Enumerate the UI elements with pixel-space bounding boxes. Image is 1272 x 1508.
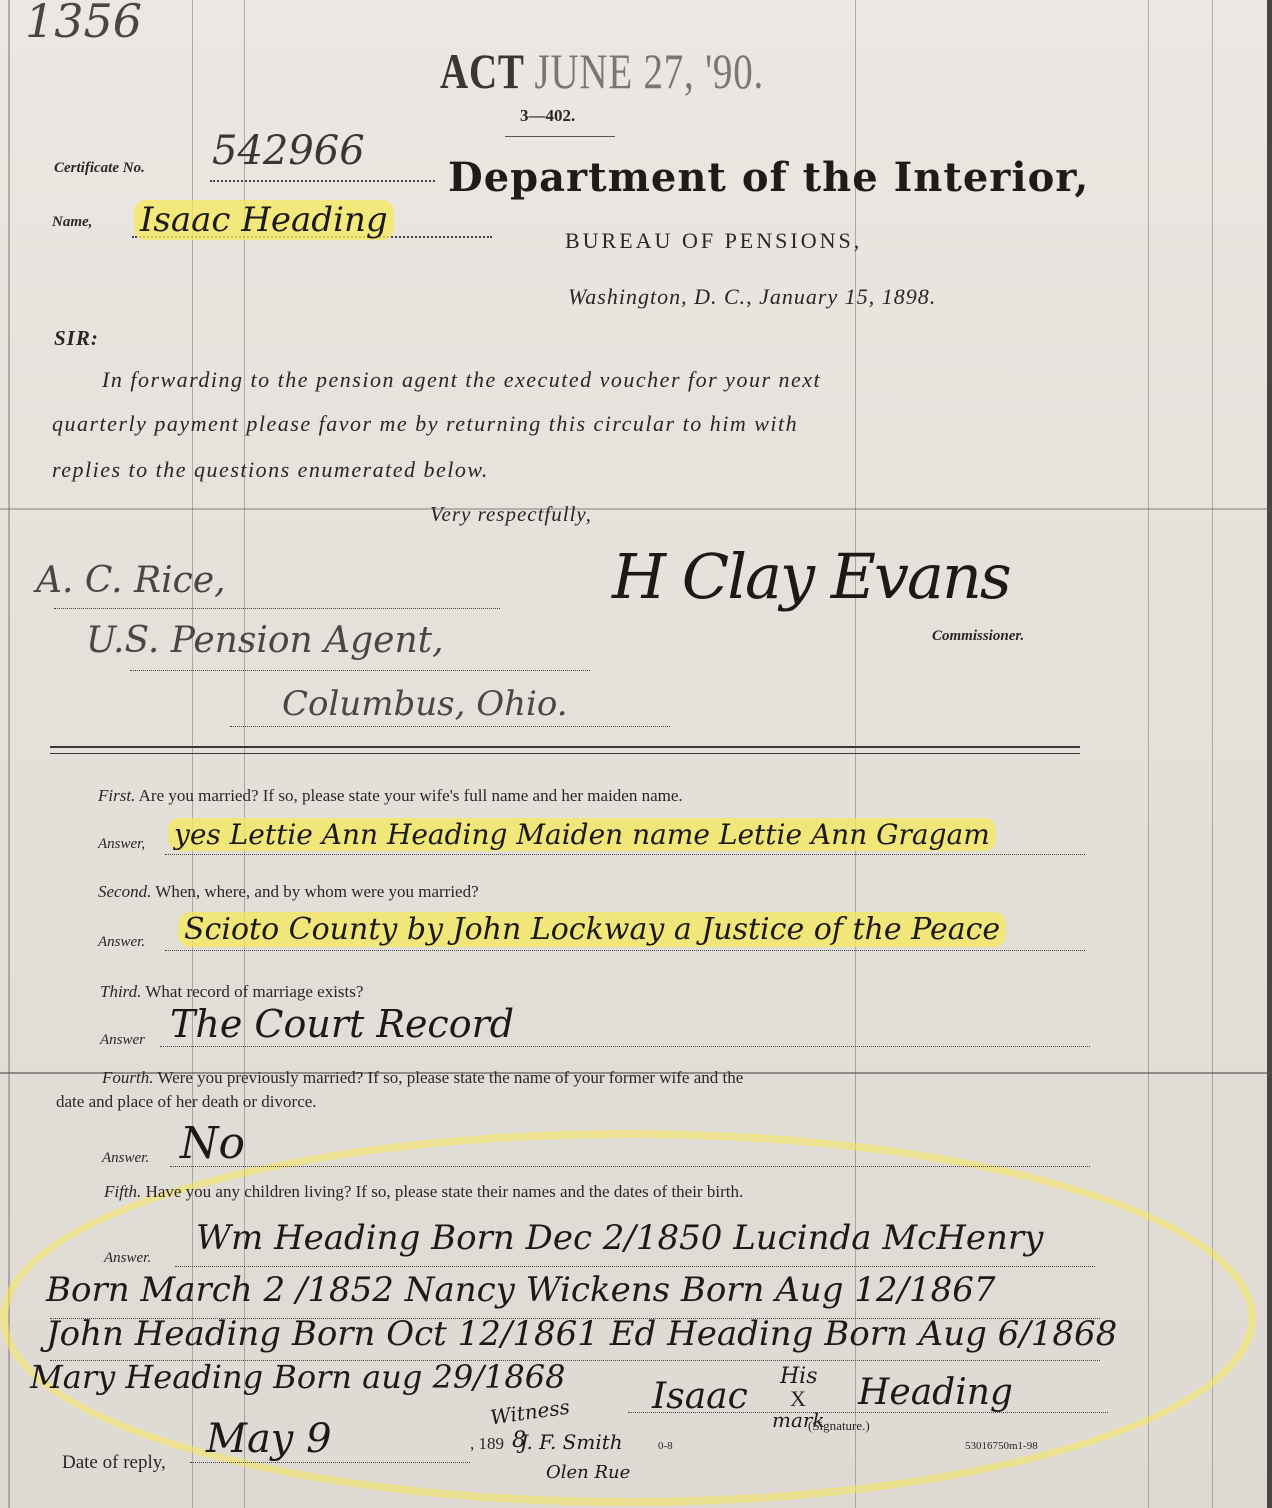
answer-3-value: The Court Record <box>170 1002 514 1046</box>
reply-date-line <box>190 1462 470 1463</box>
agent-title-line <box>130 670 590 671</box>
agent-title: U.S. Pension Agent, <box>86 620 444 661</box>
answer-3-line <box>160 1046 1090 1047</box>
agent-location: Columbus, Ohio. <box>282 684 568 724</box>
question-1-ordinal: First. <box>98 786 135 805</box>
question-2-ordinal: Second. <box>98 882 151 901</box>
certificate-label: Certificate No. <box>54 160 145 177</box>
footer-code-right: 53016750m1-98 <box>965 1440 1038 1452</box>
reply-date-label: Date of reply, <box>62 1452 166 1474</box>
bureau-title: BUREAU OF PENSIONS, <box>565 228 862 254</box>
dateline: Washington, D. C., January 15, 1898. <box>568 284 936 310</box>
question-1: First. Are you married? If so, please st… <box>98 786 683 806</box>
answer-5-line-1: Wm Heading Born Dec 2/1850 Lucinda McHen… <box>196 1218 1043 1258</box>
act-stamp: ACT JUNE 27, '90. <box>440 42 764 100</box>
answer-5-line-4: Mary Heading Born aug 29/1868 <box>30 1358 565 1396</box>
closing: Very respectfully, <box>430 502 592 527</box>
witness-name-2: Olen Rue <box>546 1462 630 1483</box>
question-5-ordinal: Fifth. <box>104 1182 141 1201</box>
salutation: SIR: <box>54 326 99 351</box>
signature-label: (Signature.) <box>808 1418 870 1434</box>
pension-circular-paper: 1356 ACT JUNE 27, '90. 3—402. Certificat… <box>0 0 1272 1508</box>
agent-name: A. C. Rice, <box>36 560 226 601</box>
question-3: Third. What record of marriage exists? <box>100 982 363 1002</box>
agent-name-line <box>54 608 500 609</box>
reply-year-suffix: 8 <box>512 1428 526 1453</box>
commissioner-title: Commissioner. <box>932 628 1024 645</box>
answer-5-label: Answer. <box>104 1250 151 1267</box>
answer-1-label: Answer, <box>98 836 145 853</box>
act-stamp-act: ACT <box>440 43 524 99</box>
answer-4-line <box>170 1166 1090 1167</box>
question-5-text: Have you any children living? If so, ple… <box>146 1182 744 1201</box>
form-number: 3—402. <box>520 106 575 126</box>
signature-first-name: Isaac <box>652 1376 748 1417</box>
answer-2-line <box>165 950 1085 951</box>
paper-right-edge <box>1267 0 1272 1508</box>
witness-name-1: J. F. Smith <box>520 1430 623 1454</box>
answer-4-value: No <box>180 1118 245 1169</box>
answer-4-label: Answer. <box>102 1150 149 1167</box>
answer-3-label: Answer <box>100 1032 145 1049</box>
question-2-text: When, where, and by whom were you marrie… <box>155 882 478 901</box>
department-title: Department of the Interior, <box>448 154 1089 201</box>
question-4-ordinal: Fourth. <box>102 1068 153 1087</box>
body-line-3: replies to the questions enumerated belo… <box>52 448 489 492</box>
commissioner-signature: H Clay Evans <box>612 540 1010 613</box>
answer-5-line <box>175 1266 1095 1267</box>
body-line-2: quarterly payment please favor me by ret… <box>52 402 798 446</box>
question-1-text: Are you married? If so, please state you… <box>139 786 683 805</box>
question-4-continued: date and place of her death or divorce. <box>56 1092 317 1112</box>
footer-code-left: 0-8 <box>658 1440 673 1452</box>
question-4: Fourth. Were you previously married? If … <box>102 1068 743 1088</box>
answer-2-value: Scioto County by John Lockway a Justice … <box>178 912 1006 947</box>
question-4-text: Were you previously married? If so, plea… <box>157 1068 743 1087</box>
certificate-line <box>210 180 435 182</box>
answer-1-value: yes Lettie Ann Heading Maiden name Letti… <box>168 818 996 851</box>
question-3-text: What record of marriage exists? <box>145 982 363 1001</box>
answer-1-line <box>165 854 1085 855</box>
question-2: Second. When, where, and by whom were yo… <box>98 882 479 902</box>
signature-last-name: Heading <box>858 1372 1013 1413</box>
question-5: Fifth. Have you any children living? If … <box>104 1182 743 1202</box>
certificate-number: 542966 <box>212 128 365 174</box>
question-3-ordinal: Third. <box>100 982 141 1001</box>
section-divider <box>50 746 1080 754</box>
body-line-1: In forwarding to the pension agent the e… <box>102 358 821 402</box>
answer-5-line-3: John Heading Born Oct 12/1861 Ed Heading… <box>46 1314 1117 1354</box>
name-label: Name, <box>52 214 92 231</box>
answer-5-line-2: Born March 2 /1852 Nancy Wickens Born Au… <box>46 1270 996 1310</box>
reply-year-prefix: , 189 <box>470 1434 504 1454</box>
agent-location-line <box>230 726 670 727</box>
fold-crease <box>0 508 1272 510</box>
reply-date-value: May 9 <box>206 1416 332 1462</box>
answer-2-label: Answer. <box>98 934 145 951</box>
form-number-rule <box>505 136 615 137</box>
paper-left-edge <box>8 0 10 1508</box>
name-value: Isaac Heading <box>134 200 394 240</box>
corner-note: 1356 <box>25 0 142 48</box>
act-stamp-date: JUNE 27, '90. <box>535 43 765 99</box>
